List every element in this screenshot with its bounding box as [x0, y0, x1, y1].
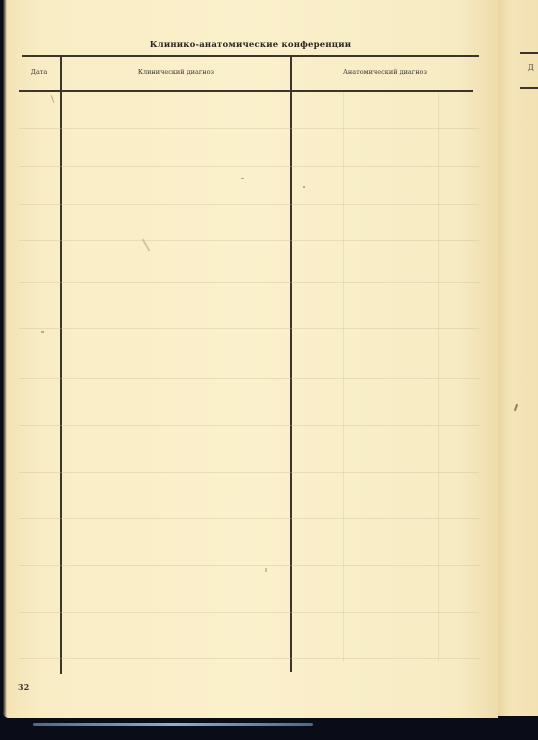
page-number: 32 [18, 682, 29, 692]
row-line [19, 518, 479, 519]
paper-speck [265, 568, 267, 572]
table-header-rule [19, 90, 473, 92]
row-line [19, 204, 479, 205]
form-page: Клинико-анатомические конференции Дата К… [3, 0, 498, 718]
page-title: Клинико-анатомические конференции [3, 40, 498, 50]
row-line [19, 658, 479, 659]
adjacent-page-header-rule [520, 87, 538, 89]
row-line [19, 166, 479, 167]
paper-speck [514, 404, 518, 411]
row-line [19, 240, 479, 241]
row-line [19, 378, 479, 379]
row-line [19, 425, 479, 426]
row-line [19, 128, 479, 129]
paper-speck [303, 186, 305, 188]
column-divider-diagnosis [290, 56, 292, 672]
column-header-date: Дата [19, 68, 59, 76]
row-line [19, 282, 479, 283]
scanned-spread: Клинико-анатомические конференции Дата К… [0, 0, 538, 740]
row-line [19, 565, 479, 566]
table-top-rule [22, 55, 479, 57]
row-line [19, 328, 479, 329]
adjacent-page-column-label: Д [528, 64, 534, 72]
row-line [19, 472, 479, 473]
paper-speck [51, 95, 55, 103]
adjacent-page-edge: Д [498, 0, 538, 716]
adjacent-page-top-rule [520, 52, 538, 54]
row-line [19, 612, 479, 613]
column-header-anatomical-diagnosis: Анатомический диагноз [292, 68, 478, 76]
scanner-edge-strip [33, 723, 313, 726]
column-guide [343, 92, 344, 662]
paper-speck [41, 331, 44, 333]
paper-speck [241, 178, 244, 179]
column-guide [438, 92, 439, 662]
column-divider-date [60, 56, 62, 674]
column-header-clinical-diagnosis: Клинический диагноз [62, 68, 290, 76]
